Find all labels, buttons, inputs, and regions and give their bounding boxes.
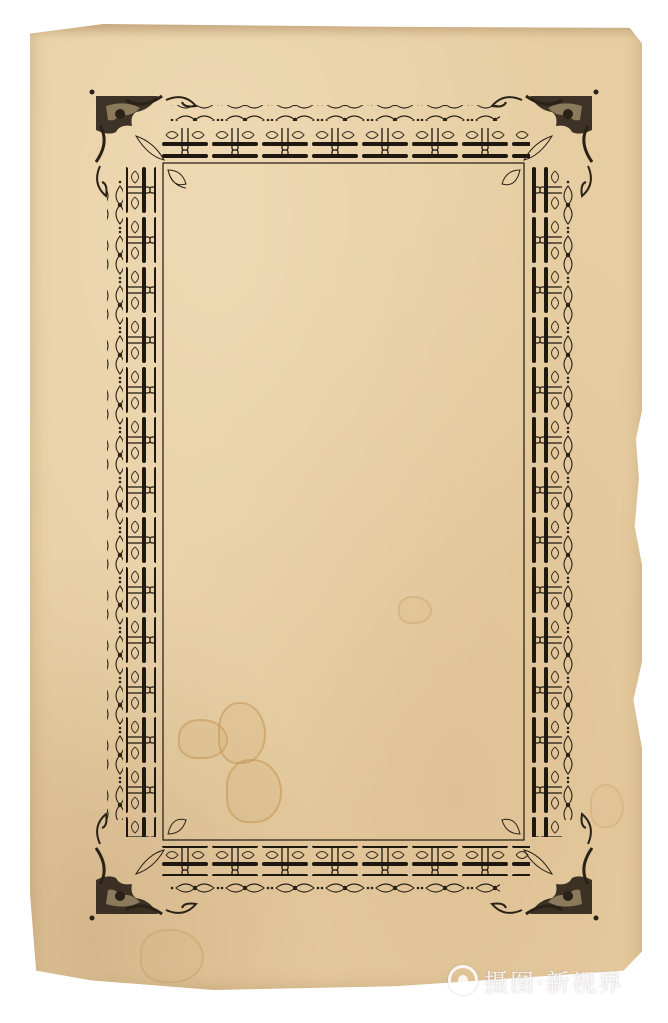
bottom-ornament-row (170, 880, 500, 896)
top-bar-band (160, 128, 530, 158)
left-bar-band (126, 165, 156, 837)
right-bar-band (532, 165, 562, 837)
watermark-text: 摄图·新视界 (484, 963, 624, 998)
left-ornament-row (107, 180, 123, 820)
inner-corner-flourishes (168, 170, 520, 834)
camera-aperture-icon (448, 965, 478, 995)
ornate-border-frame (0, 0, 668, 1023)
top-ornament-row (170, 105, 500, 121)
watermark: 摄图·新视界 (448, 962, 624, 998)
bottom-bar-band (160, 846, 530, 876)
inner-rule (163, 163, 524, 840)
right-ornament-row (562, 180, 578, 820)
